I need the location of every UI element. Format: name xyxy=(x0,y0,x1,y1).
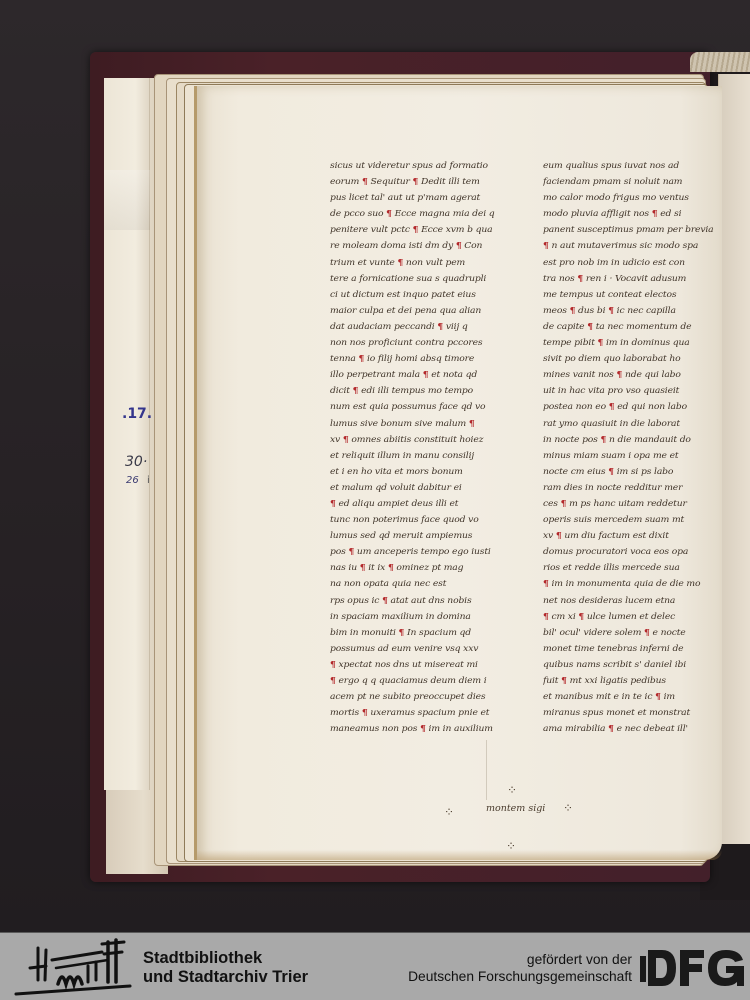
manuscript-line: eum qualius spus iuvat nos ad xyxy=(543,159,729,174)
headband xyxy=(690,52,750,72)
dfg-logo-icon xyxy=(640,950,744,986)
rubric-initial: ¶ xyxy=(330,659,336,669)
rubric-initial: ¶ xyxy=(343,434,349,444)
manuscript-line: maior culpa et dei pena qua alian xyxy=(330,303,518,318)
funding-line-1: gefördert von der xyxy=(408,951,632,968)
ruling-line xyxy=(486,740,487,800)
manuscript-line: tenna ¶ io filij homi absq timore xyxy=(330,352,518,367)
manuscript-line: tempe pibit ¶ im in dominus qua xyxy=(543,336,729,351)
ornament-icon: ⁘ xyxy=(444,806,454,818)
rubric-initial: ¶ xyxy=(388,563,394,573)
manuscript-line: ama mirabilia ¶ e nec debeat ill' xyxy=(543,722,729,737)
manuscript-line: xv ¶ um diu factum est dixit xyxy=(543,529,729,544)
manuscript-line: xv ¶ omnes abiitis constituit hoiez xyxy=(330,432,518,447)
manuscript-line: de pcco suo ¶ Ecce magna mia dei q xyxy=(330,207,518,222)
manuscript-line: uit in hac vita pro vso quasieit xyxy=(543,384,729,399)
rubric-initial: ¶ xyxy=(578,611,584,621)
manuscript-line: dat audaciam peccandi ¶ viij q xyxy=(330,320,518,335)
manuscript-line: sivit po diem quo laborabat ho xyxy=(543,352,729,367)
manuscript-line: et manibus mit e in te ic ¶ im xyxy=(543,690,729,705)
manuscript-line: penitere vult pctc ¶ Ecce xvm b qua xyxy=(330,223,518,238)
manuscript-line: et i en ho vita et mors bonum xyxy=(330,464,518,479)
rubric-initial: ¶ xyxy=(652,209,658,219)
rubric-initial: ¶ xyxy=(353,386,359,396)
manuscript-line: minus miam suam i opa me et xyxy=(543,448,729,463)
manuscript-line: illo perpetrant mala ¶ et nota qd xyxy=(330,368,518,383)
manuscript-line: lumus sed qd meruit ampiemus xyxy=(330,529,518,544)
manuscript-line: rios et redde illis mercede sua xyxy=(543,561,729,576)
rubric-initial: ¶ xyxy=(601,434,607,444)
rubric-initial: ¶ xyxy=(382,595,388,605)
manuscript-line: ¶ ed aliqu ampiet deus illi et xyxy=(330,497,518,512)
rubric-initial: ¶ xyxy=(543,241,549,251)
rubric-initial: ¶ xyxy=(330,498,336,508)
shelfmark-26: 26 xyxy=(126,475,139,486)
manuscript-line: mo calor modo frigus mo ventus xyxy=(543,191,729,206)
manuscript-line: net nos desideras lucem etna xyxy=(543,593,729,608)
manuscript-line: rps opus ic ¶ atat aut dns nobis xyxy=(330,593,518,608)
ornament-icon: ⁘ xyxy=(507,784,517,796)
manuscript-line: pos ¶ um anceperis tempo ego iusti xyxy=(330,545,518,560)
manuscript-line: monet time tenebras inferni de xyxy=(543,641,729,656)
text-column-left: sicus ut videretur spus ad formatioeorum… xyxy=(330,158,518,737)
manuscript-line: fuit ¶ mt xxi ligatis pedibus xyxy=(543,674,729,689)
rubric-initial: ¶ xyxy=(561,675,567,685)
manuscript-line: ram dies in nocte redditur mer xyxy=(543,481,729,496)
manuscript-line: ci ut dictum est inquo patet eius xyxy=(330,287,518,302)
manuscript-line: in spaciam maxilium in domina xyxy=(330,609,518,624)
manuscript-line: pus licet tal' aut ut p'mam agerat xyxy=(330,191,518,206)
manuscript-line: lumus sive bonum sive malum ¶ xyxy=(330,416,518,431)
funding-line-2: Deutschen Forschungsgemeinschaft xyxy=(408,968,632,985)
rubric-initial: ¶ xyxy=(423,370,429,380)
manuscript-line: faciendam pmam si noluit nam xyxy=(543,175,729,190)
manuscript-line: domus procuratori voca eos opa xyxy=(543,545,729,560)
rubric-initial: ¶ xyxy=(598,338,604,348)
rubric-initial: ¶ xyxy=(362,177,368,187)
manuscript-line: acem pt ne subito preoccupet dies xyxy=(330,690,518,705)
institution-line-1: Stadtbibliothek xyxy=(143,949,308,968)
manuscript-line: operis suis mercedem suam mt xyxy=(543,513,729,528)
manuscript-line: bim in monuiti ¶ In spacium qd xyxy=(330,625,518,640)
rubric-initial: ¶ xyxy=(362,708,368,718)
ornament-icon: ⁘ xyxy=(563,802,573,814)
shelfmark-i: i xyxy=(147,475,150,486)
institution-name: Stadtbibliothek und Stadtarchiv Trier xyxy=(143,949,308,987)
shelfmark-17: .17. xyxy=(122,406,152,422)
manuscript-line: ¶ n aut mutaverimus sic modo spa xyxy=(543,239,729,254)
funding-note: gefördert von der Deutschen Forschungsge… xyxy=(408,951,632,985)
ornament-icon: ⁘ xyxy=(506,840,516,852)
rubric-initial: ¶ xyxy=(413,177,419,187)
manuscript-line: sicus ut videretur spus ad formatio xyxy=(330,159,518,174)
manuscript-line: maneamus non pos ¶ im in auxilium xyxy=(330,722,518,737)
folio-stain xyxy=(197,850,722,860)
institution-line-2: und Stadtarchiv Trier xyxy=(143,968,308,987)
rubric-initial: ¶ xyxy=(644,627,650,637)
manuscript-line: modo pluvia affligit nos ¶ ed si xyxy=(543,207,729,222)
manuscript-line: quibus nams scribit s' daniel ibi xyxy=(543,658,729,673)
rubric-initial: ¶ xyxy=(577,273,583,283)
catchword: montem sigi xyxy=(486,803,545,814)
rubric-initial: ¶ xyxy=(543,579,549,589)
manuscript-line: tunc non poterimus face quod vo xyxy=(330,513,518,528)
rubric-initial: ¶ xyxy=(556,531,562,541)
manuscript-line: eorum ¶ Sequitur ¶ Dedit illi tem xyxy=(330,175,518,190)
manuscript-line: rat ymo quasiuit in die laborat xyxy=(543,416,729,431)
trier-city-logo-icon xyxy=(12,936,132,996)
manuscript-line: nas iu ¶ it ix ¶ ominez pt mag xyxy=(330,561,518,576)
rubric-initial: ¶ xyxy=(543,611,549,621)
rubric-initial: ¶ xyxy=(469,418,475,428)
manuscript-line: mortis ¶ uxeramus spacium pnie et xyxy=(330,706,518,721)
shelfmark-30: 30· xyxy=(125,454,147,470)
manuscript-line: et reliquit illum in manu consilij xyxy=(330,448,518,463)
rubric-initial: ¶ xyxy=(386,209,392,219)
rubric-initial: ¶ xyxy=(330,675,336,685)
rubric-initial: ¶ xyxy=(420,724,426,734)
manuscript-line: mines vanit nos ¶ nde qui labo xyxy=(543,368,729,383)
manuscript-line: est pro nob im in udicio est con xyxy=(543,255,729,270)
slip-fold xyxy=(104,170,150,230)
manuscript-line: ¶ cm xi ¶ ulce lumen et delec xyxy=(543,609,729,624)
rubric-initial: ¶ xyxy=(608,466,614,476)
rubric-initial: ¶ xyxy=(437,321,443,331)
rubric-initial: ¶ xyxy=(399,627,405,637)
manuscript-line: tra nos ¶ ren i · Vocavit adusum xyxy=(543,271,729,286)
manuscript-line: non nos proficiunt contra pccores xyxy=(330,336,518,351)
rubric-initial: ¶ xyxy=(608,305,614,315)
manuscript-line: dicit ¶ edi illi tempus mo tempo xyxy=(330,384,518,399)
manuscript-line: ¶ im in monumenta quia de die mo xyxy=(543,577,729,592)
manuscript-line: bil' ocul' videre solem ¶ e nocte xyxy=(543,625,729,640)
manuscript-line: in nocte pos ¶ n die mandauit do xyxy=(543,432,729,447)
manuscript-line: meos ¶ dus bi ¶ ic nec capilla xyxy=(543,303,729,318)
manuscript-line: de capite ¶ ta nec momentum de xyxy=(543,320,729,335)
manuscript-line: ¶ ergo q q quaciamus deum diem i xyxy=(330,674,518,689)
rubric-initial: ¶ xyxy=(587,321,593,331)
manuscript-line: na non opata quia nec est xyxy=(330,577,518,592)
rubric-initial: ¶ xyxy=(609,402,615,412)
rubric-initial: ¶ xyxy=(360,563,366,573)
rubric-initial: ¶ xyxy=(561,498,567,508)
rubric-initial: ¶ xyxy=(655,692,661,702)
rubric-initial: ¶ xyxy=(348,547,354,557)
manuscript-line: re moleam doma isti dm dy ¶ Con xyxy=(330,239,518,254)
manuscript-line: panent susceptimus pmam per brevia xyxy=(543,223,729,238)
manuscript-line: me tempus ut conteat electos xyxy=(543,287,729,302)
text-column-right: eum qualius spus iuvat nos adfaciendam p… xyxy=(543,158,729,737)
rubric-initial: ¶ xyxy=(616,370,622,380)
rubric-initial: ¶ xyxy=(570,305,576,315)
rubric-initial: ¶ xyxy=(413,225,419,235)
manuscript-line: postea non eo ¶ ed qui non labo xyxy=(543,400,729,415)
rubric-initial: ¶ xyxy=(608,724,614,734)
manuscript-line: tere a fornicatione sua s quadrupli xyxy=(330,271,518,286)
footer-banner: Stadtbibliothek und Stadtarchiv Trier ge… xyxy=(0,932,750,1000)
scan-area: .17. 30· 26 i sicus ut videretur spus ad… xyxy=(0,0,750,932)
manuscript-line: ces ¶ m ps hanc uitam reddetur xyxy=(543,497,729,512)
manuscript-line: trium et vunte ¶ non vult pem xyxy=(330,255,518,270)
manuscript-line: ¶ xpectat nos dns ut misereat mi xyxy=(330,658,518,673)
manuscript-line: miranus spus monet et monstrat xyxy=(543,706,729,721)
manuscript-line: et malum qd voluit dabitur ei xyxy=(330,481,518,496)
rubric-initial: ¶ xyxy=(358,354,364,364)
manuscript-line: possumus ad eum venire vsq xxv xyxy=(330,641,518,656)
manuscript-line: num est quia possumus face qd vo xyxy=(330,400,518,415)
rubric-initial: ¶ xyxy=(456,241,462,251)
rubric-initial: ¶ xyxy=(397,257,403,267)
manuscript-line: nocte cm eius ¶ im si ps labo xyxy=(543,464,729,479)
